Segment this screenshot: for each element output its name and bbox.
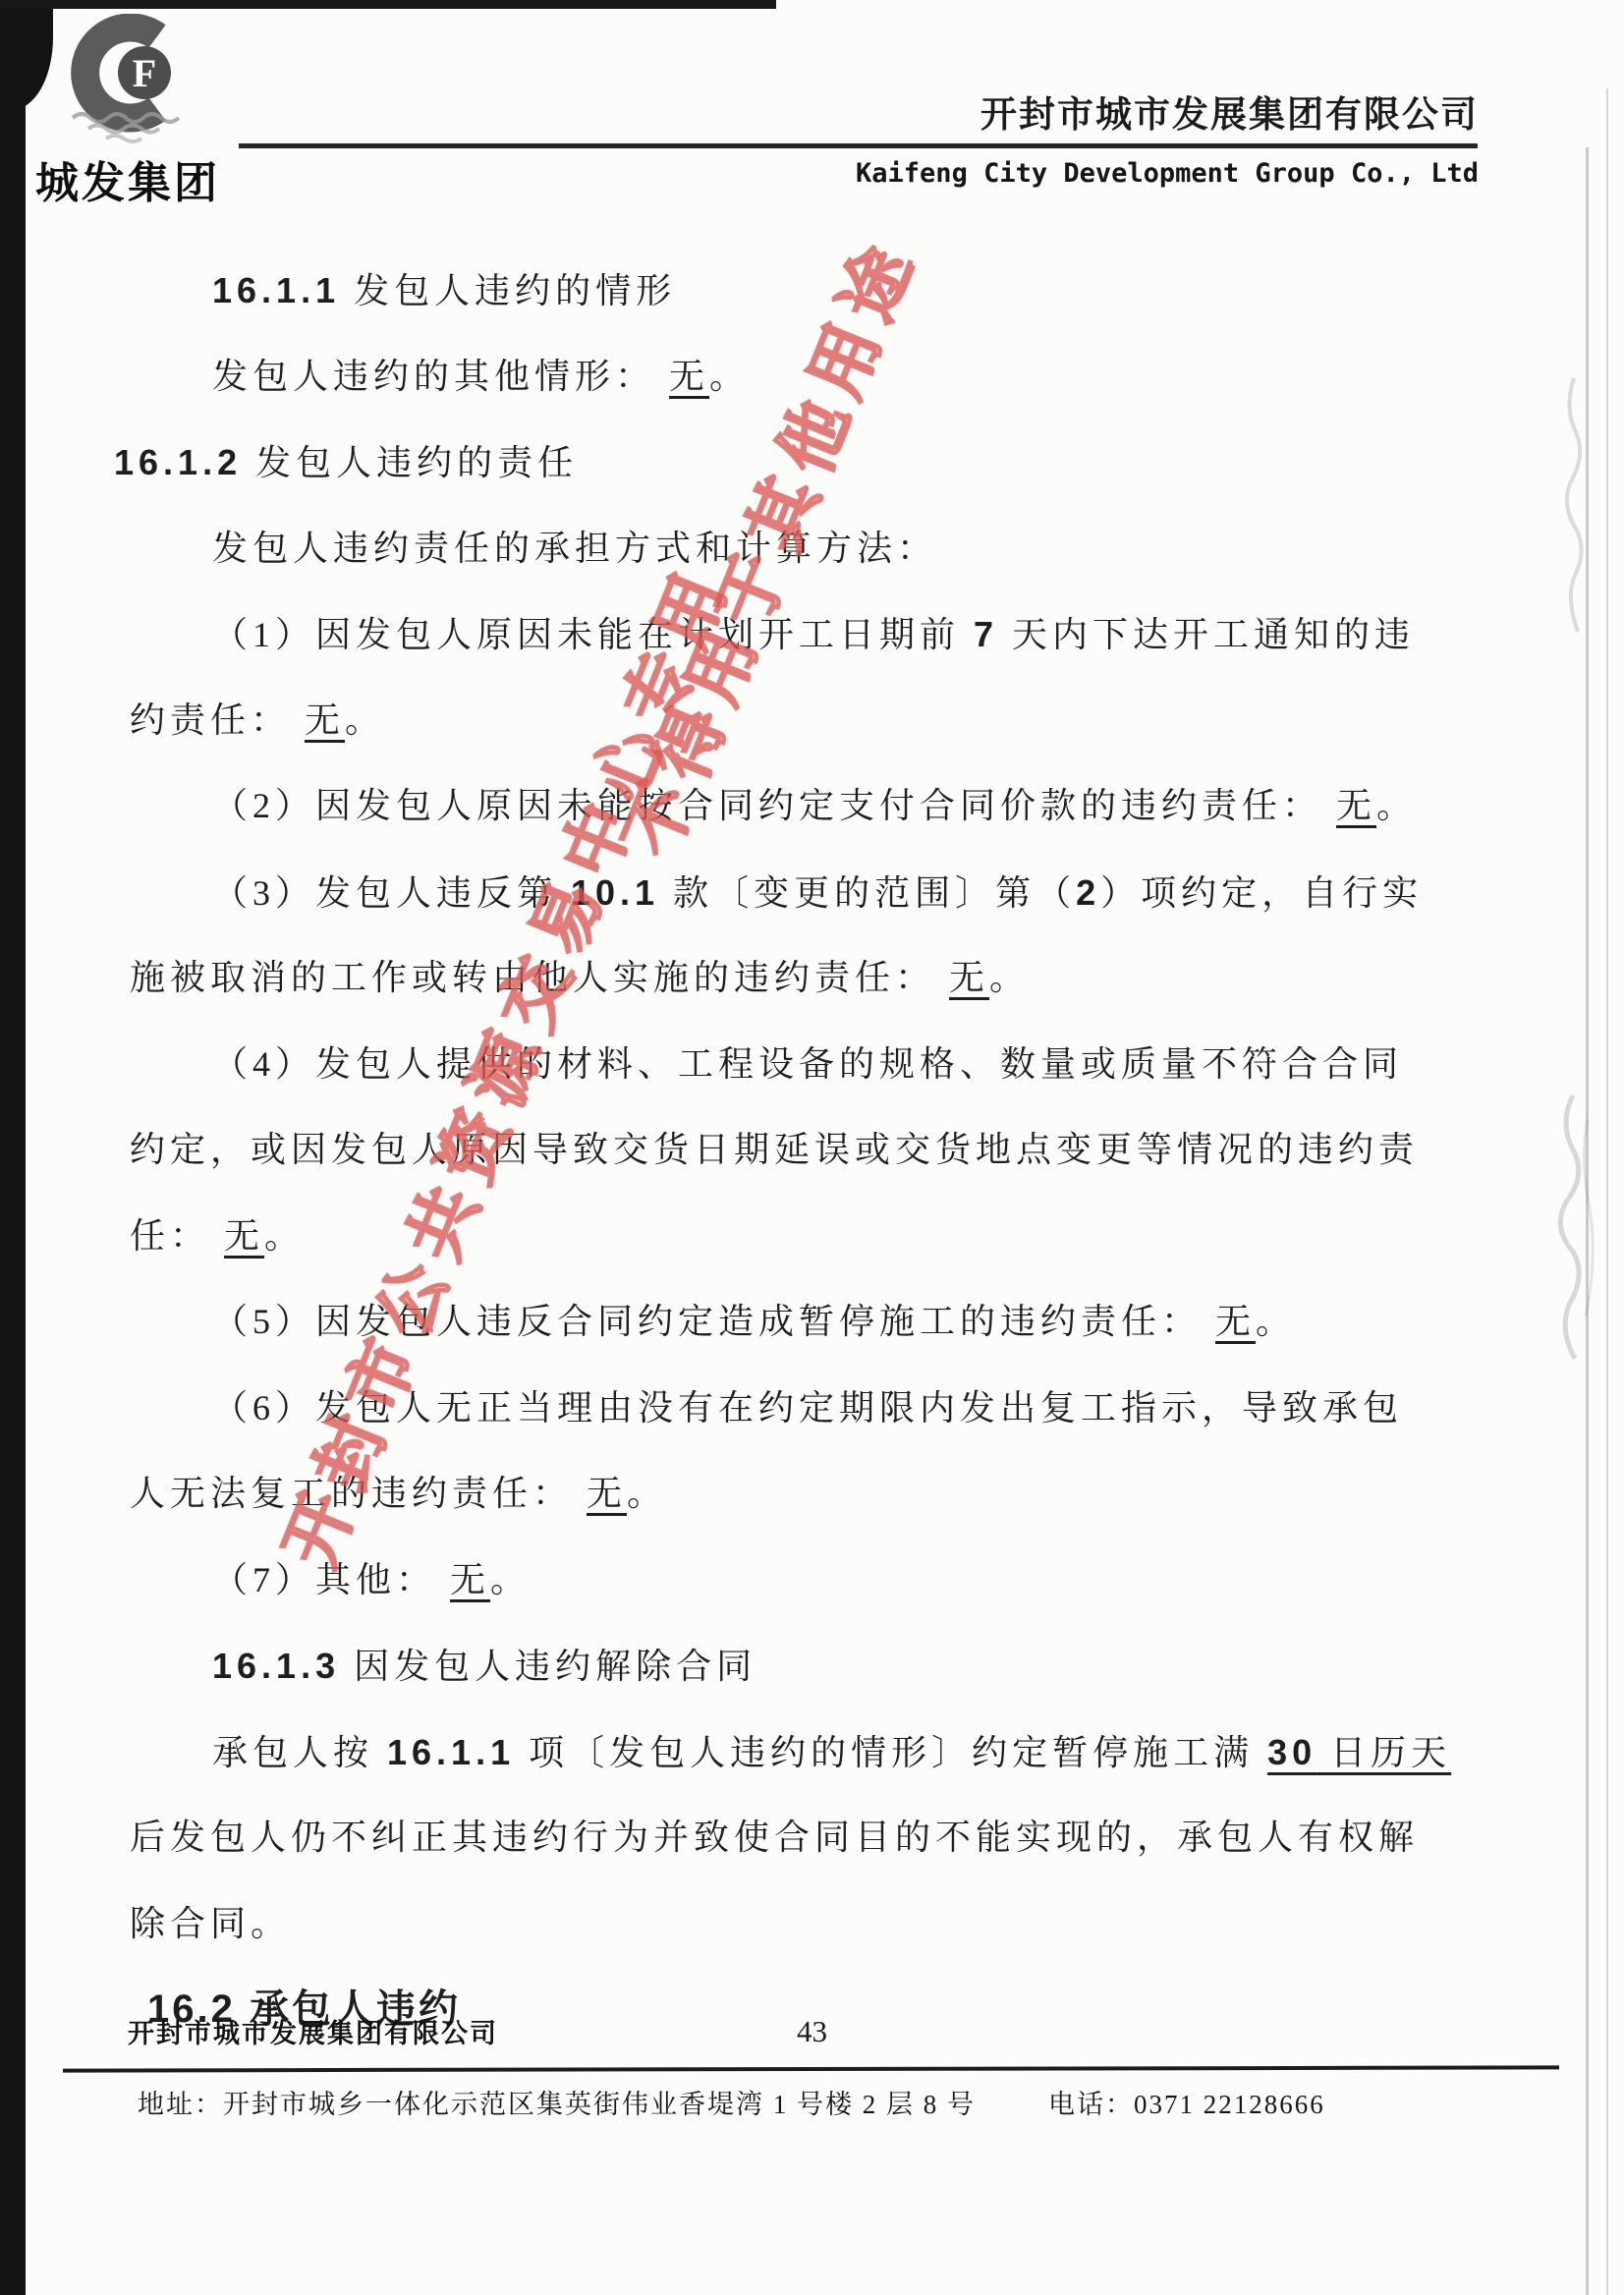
paragraph-line: 除合同。 [130, 1881, 1481, 1968]
filled-blank: 无 [669, 357, 709, 396]
text-segment: 除合同。 [130, 1904, 291, 1943]
company-logo-icon: F [49, 14, 218, 153]
header-company-name-en: Kaifeng City Development Group Co., Ltd [856, 158, 1479, 189]
logo-caption: 城发集团 [35, 147, 220, 210]
text-segment: 任： [130, 1216, 224, 1256]
text-segment: （6）发包人无正当理由没有在约定期限内发出复工指示，导致承包 [212, 1388, 1403, 1427]
filled-blank: 无 [450, 1560, 490, 1599]
section-heading-16-1-1: 16.1.1 发包人违约的情形 [130, 248, 1481, 334]
filled-blank: 无 [224, 1216, 264, 1256]
text-segment: 发包人违约责任的承担方式和计算方法： [212, 529, 937, 568]
text-segment: （7）其他： [212, 1560, 450, 1599]
paragraph-line: （3）发包人违反第 10.1 款〔变更的范围〕第（2）项约定，自行实 [130, 850, 1481, 936]
paragraph-line: 约责任： 无。 [130, 678, 1481, 764]
paragraph-line: （1）因发包人原因未能在计划开工日期前 7 天内下达开工通知的违 [130, 591, 1481, 678]
paragraph-line: 后发包人仍不纠正其违约行为并致使合同目的不能实现的，承包人有权解 [130, 1795, 1481, 1881]
footer-address-line: 地址：开封市城乡一体化示范区集英街伟业香堤湾 1 号楼 2 层 8 号电话：03… [138, 2083, 1325, 2121]
header-rule [239, 143, 1478, 148]
header-company-name-cn: 开封市城市发展集团有限公司 [980, 84, 1479, 138]
paragraph-line: （5）因发包人违反合同约定造成暂停施工的违约责任： 无。 [130, 1279, 1481, 1366]
paragraph-line: （7）其他： 无。 [130, 1538, 1481, 1624]
section-heading-16-1-3: 16.1.3 因发包人违约解除合同 [130, 1623, 1481, 1709]
page-number: 43 [0, 2014, 1624, 2049]
filled-blank: 无 [1215, 1302, 1256, 1341]
paragraph-line: 人无法复工的违约责任： 无。 [130, 1451, 1481, 1538]
text-segment: 发包人违约的其他情形： [212, 357, 669, 396]
text-segment: 款〔变更的范围〕第（ [659, 873, 1076, 913]
filled-blank: 无 [587, 1474, 627, 1513]
text-segment: 人无法复工的违约责任： [130, 1474, 587, 1513]
text-segment: 约责任： [130, 700, 305, 740]
ink-bleed-mark [1544, 373, 1603, 639]
text-segment: 。 [490, 1560, 531, 1599]
text-segment: 。 [264, 1216, 305, 1256]
text-segment: 项〔发包人违约的情形〕约定暂停施工满 [515, 1733, 1267, 1772]
paragraph-line: （6）发包人无正当理由没有在约定期限内发出复工指示，导致承包 [130, 1366, 1481, 1452]
text-segment: （1）因发包人原因未能在计划开工日期前 [212, 615, 974, 654]
phone-value: 0371 22128666 [1134, 2090, 1325, 2119]
document-page: F 城发集团 开封市城市发展集团有限公司 Kaifeng City Develo… [0, 0, 1624, 2295]
filled-blank: 无 [949, 958, 989, 997]
ink-bleed-mark [1539, 1091, 1607, 1385]
text-segment: 。 [1256, 1302, 1296, 1341]
text-segment: 。 [1376, 786, 1417, 825]
text-segment: （3）发包人违反第 [212, 873, 571, 913]
text-segment: 。 [345, 700, 385, 740]
text-segment: 16.1.3 [212, 1646, 340, 1686]
text-segment: 约定，或因发包人原因导致交货日期延误或交货地点变更等情况的违约责 [130, 1130, 1419, 1169]
contract-body: 16.1.1 发包人违约的情形发包人违约的其他情形： 无。16.1.2 发包人违… [130, 248, 1481, 2053]
text-segment: 16.1.1 [387, 1732, 515, 1772]
paragraph-line: 施被取消的工作或转由他人实施的违约责任： 无。 [130, 935, 1481, 1022]
paragraph-line: 约定，或因发包人原因导致交货日期延误或交货地点变更等情况的违约责 [130, 1107, 1481, 1194]
text-segment: 天内下达开工通知的违 [998, 615, 1415, 654]
text-segment: 。 [627, 1474, 667, 1513]
text-segment: （2）因发包人原因未能按合同约定支付合同价款的违约责任： [212, 786, 1336, 825]
text-segment: 2 [1076, 872, 1100, 913]
text-segment: 发包人违约的责任 [242, 443, 578, 482]
paragraph-line: 发包人违约责任的承担方式和计算方法： [130, 506, 1481, 592]
scan-edge-left [0, 0, 26, 2295]
text-segment: 因发包人违约解除合同 [340, 1647, 756, 1686]
text-segment: （4）发包人提供的材料、工程设备的规格、数量或质量不符合合同 [212, 1044, 1403, 1084]
filled-blank: 30 [1267, 1732, 1316, 1772]
text-segment: 承包人按 [212, 1733, 387, 1772]
filled-blank: 日历天 [1316, 1733, 1451, 1772]
paragraph-line: （2）因发包人原因未能按合同约定支付合同价款的违约责任： 无。 [130, 763, 1481, 850]
paragraph-line: （4）发包人提供的材料、工程设备的规格、数量或质量不符合合同 [130, 1022, 1481, 1108]
filled-blank: 无 [1336, 786, 1376, 825]
text-segment: 7 [974, 614, 998, 654]
text-segment: 施被取消的工作或转由他人实施的违约责任： [130, 958, 949, 997]
footer-rule [63, 2065, 1559, 2072]
text-segment: 16.1.2 [114, 442, 242, 482]
text-segment: 16.1.1 [212, 270, 340, 310]
paragraph-line: 发包人违约的其他情形： 无。 [130, 334, 1481, 420]
paragraph-line: 承包人按 16.1.1 项〔发包人违约的情形〕约定暂停施工满 30 日历天 [130, 1709, 1481, 1796]
address-label: 地址： [138, 2090, 223, 2119]
text-segment: ）项约定，自行实 [1100, 873, 1423, 913]
phone-label: 电话： [1048, 2090, 1134, 2119]
text-segment: 10.1 [571, 872, 659, 913]
filled-blank: 无 [305, 700, 345, 740]
scan-edge-top [0, 0, 776, 9]
section-heading-16-1-2: 16.1.2 发包人违约的责任 [114, 420, 1481, 506]
paragraph-line: 任： 无。 [130, 1194, 1481, 1280]
svg-text:F: F [133, 51, 156, 95]
text-segment: （5）因发包人违反合同约定造成暂停施工的违约责任： [212, 1302, 1215, 1341]
scan-edge-corner [0, 0, 53, 110]
text-segment: 。 [709, 357, 750, 396]
text-segment: 发包人违约的情形 [340, 271, 676, 310]
text-segment: 后发包人仍不纠正其违约行为并致使合同目的不能实现的，承包人有权解 [130, 1818, 1419, 1857]
address-value: 开封市城乡一体化示范区集英街伟业香堤湾 1 号楼 2 层 8 号 [223, 2090, 976, 2119]
text-segment: 。 [989, 958, 1030, 997]
